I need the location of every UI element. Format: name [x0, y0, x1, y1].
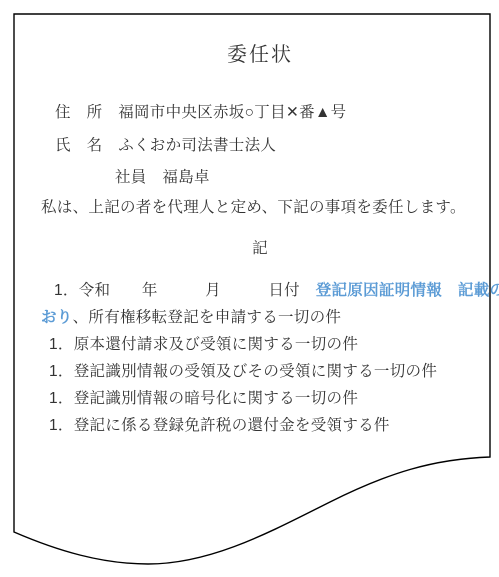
item-1-line-2: おり、所有権移転登記を申請する一切の件: [41, 309, 341, 327]
document-page: 委任状 住 所 福岡市中央区赤坂○丁目✕番▲号 氏 名 ふくおか司法書士法人 社…: [0, 0, 499, 577]
member-line: 社員 福島卓: [115, 169, 210, 187]
item-1-rest: 、所有権移転登記を申請する一切の件: [73, 309, 342, 326]
item-1-prefix: 1．令和 年 月 日付: [54, 282, 316, 299]
item-1-highlight-blue-text-continued: おり: [41, 309, 73, 326]
item-2: 1．原本還付請求及び受領に関する一切の件: [49, 336, 358, 354]
declaration-sentence: 私は、上記の者を代理人と定め、下記の事項を委任します。: [41, 199, 466, 217]
item-1-highlight-blue-text: 登記原因証明情報 記載のと: [316, 282, 499, 299]
address-line: 住 所 福岡市中央区赤坂○丁目✕番▲号: [55, 104, 346, 122]
document-title: 委任状: [42, 44, 478, 67]
item-1-line-1: 1．令和 年 月 日付 登記原因証明情報 記載のと: [54, 282, 499, 300]
item-4: 1．登記識別情報の暗号化に関する一切の件: [49, 390, 358, 408]
section-heading-ki: 記: [42, 240, 478, 258]
name-line: 氏 名 ふくおか司法書士法人: [55, 137, 276, 155]
item-5: 1．登記に係る登録免許税の還付金を受領する件: [49, 417, 390, 435]
item-3: 1．登記識別情報の受領及びその受領に関する一切の件: [49, 363, 437, 381]
